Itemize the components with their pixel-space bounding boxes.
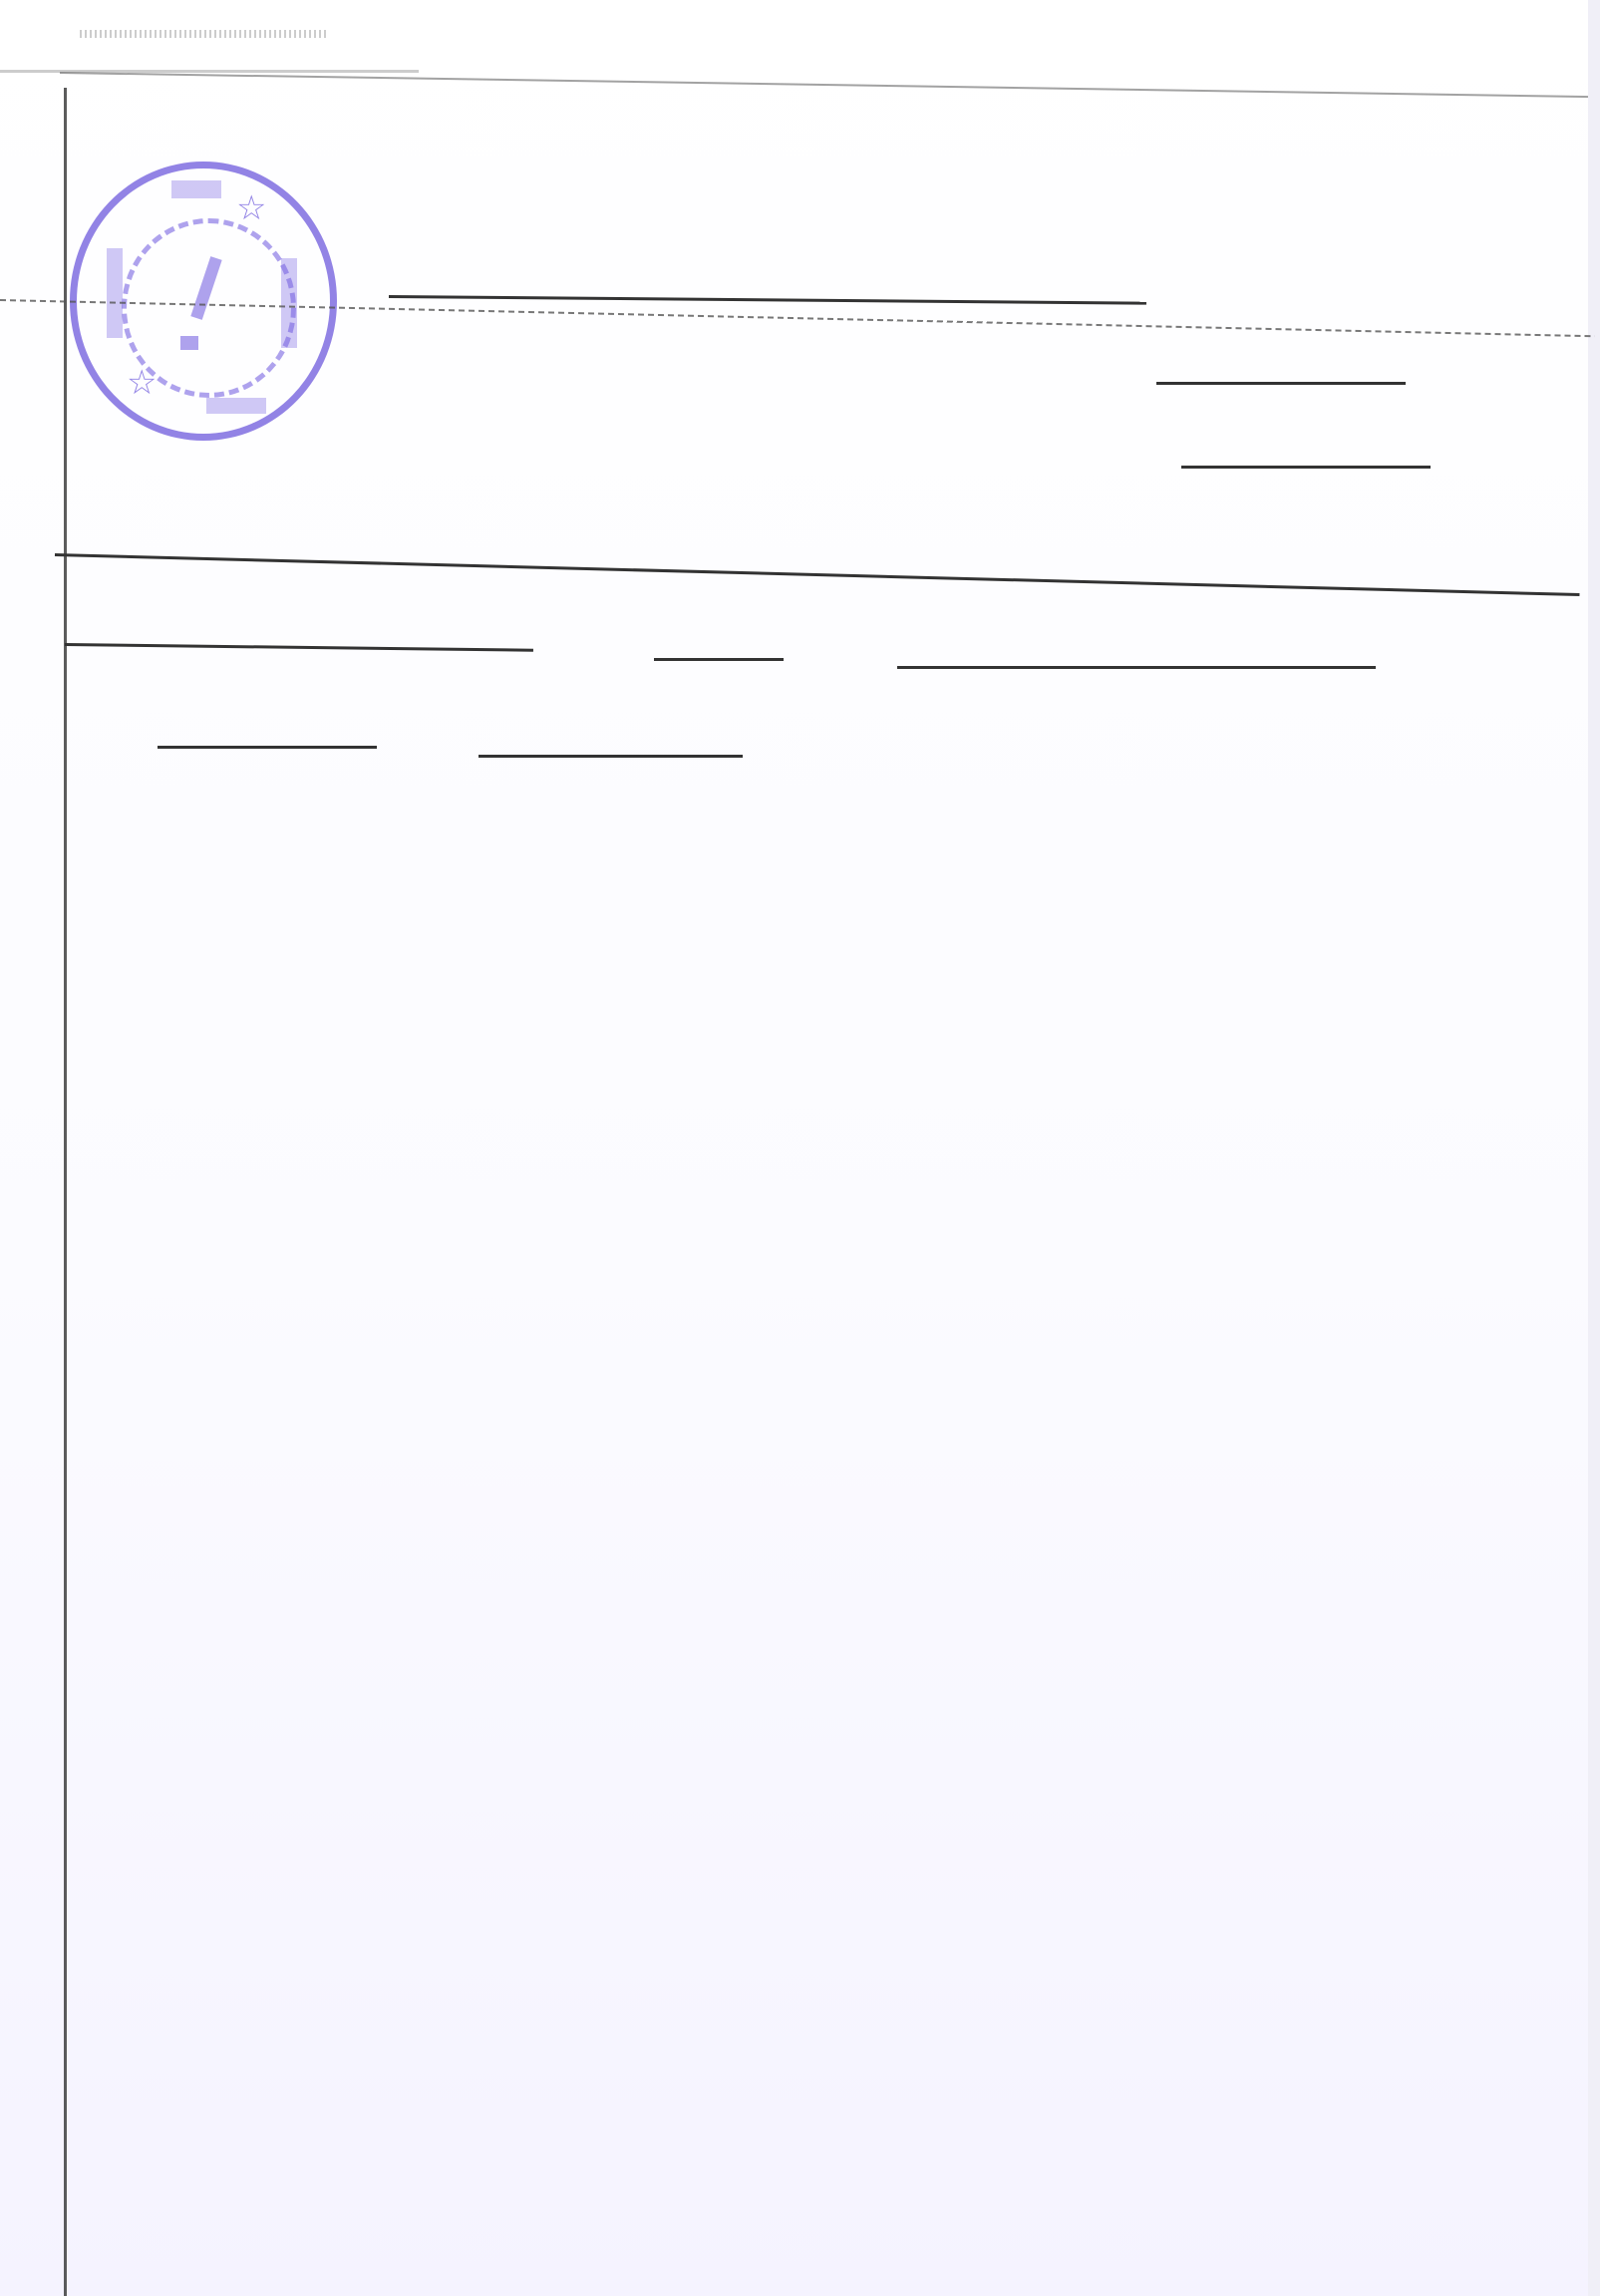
scan-artifact [80, 30, 329, 38]
district-underline [479, 755, 743, 758]
certificate-page: ☆ ☆ [0, 0, 1600, 2296]
taluka-underline [158, 746, 377, 749]
page-border-left [64, 88, 67, 2296]
title-underline [389, 295, 1146, 305]
page-edge-right [1588, 0, 1600, 2296]
surname-underline [65, 643, 533, 652]
name-underline [55, 553, 1580, 596]
page-border-top [60, 72, 1600, 98]
age-underline [654, 658, 784, 661]
opd-underline [1181, 466, 1431, 469]
date-underline [1156, 382, 1406, 385]
residence-underline [897, 666, 1376, 669]
